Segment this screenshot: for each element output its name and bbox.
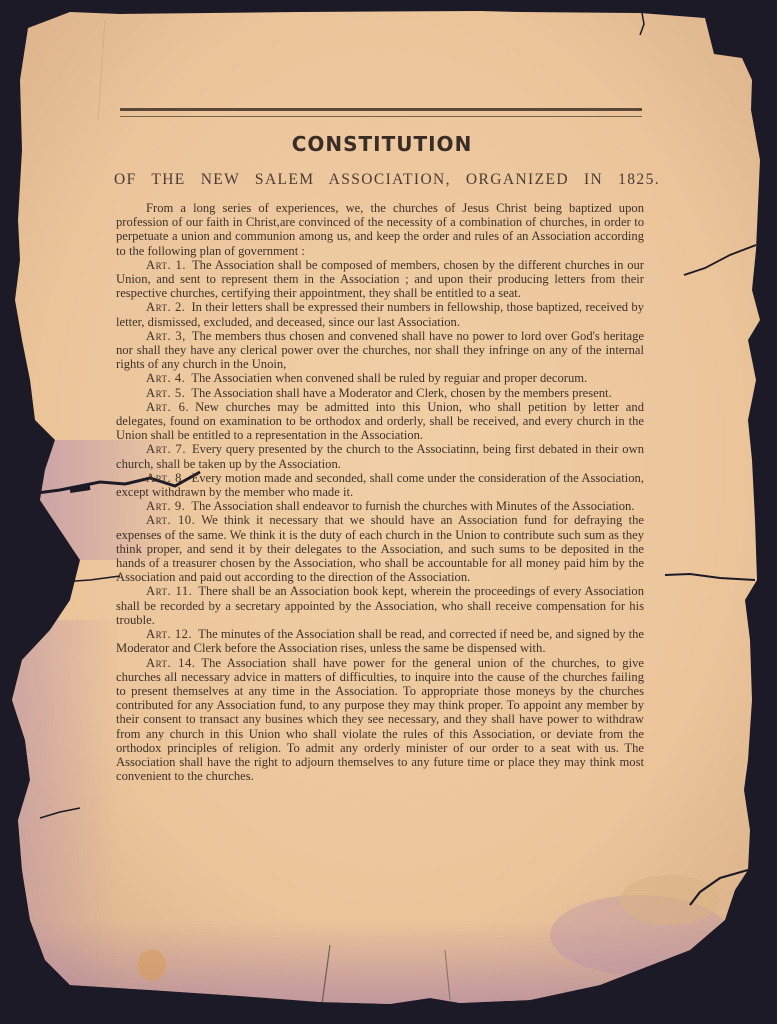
article-4: Art. 4.The Associatien when convened sha… <box>116 371 644 385</box>
article-7: Art. 7.Every query presented by the chur… <box>116 442 644 470</box>
article-text: The Associatien when convened shall be r… <box>191 371 587 385</box>
article-label: Art. 12. <box>146 627 192 641</box>
article-2: Art. 2.In their letters shall be express… <box>116 300 644 328</box>
article-3: Art. 3,The members thus chosen and conve… <box>116 329 644 372</box>
article-label: Art. 10. <box>146 513 195 527</box>
article-text: In their letters shall be expressed thei… <box>116 300 644 328</box>
article-text: The Association shall endeavor to furnis… <box>191 499 634 513</box>
constitution-body: From a long series of experiences, we, t… <box>116 201 644 783</box>
article-12: Art. 12.The minutes of the Association s… <box>116 627 644 655</box>
article-1: Art. 1.The Association shall be composed… <box>116 258 644 301</box>
article-11: Art. 11.There shall be an Association bo… <box>116 584 644 627</box>
article-6: Art. 6.New churches may be admitted into… <box>116 400 644 443</box>
header-rule-thick <box>120 108 642 111</box>
article-label: Art. 5. <box>146 386 185 400</box>
article-text: We think it necessary that we should hav… <box>116 513 644 584</box>
article-text: The Association shall have power for the… <box>116 656 644 784</box>
scanned-document: CONSTITUTION OF THE NEW SALEM ASSOCIATIO… <box>0 0 777 1024</box>
article-label: Art. 8. <box>146 471 186 485</box>
article-label: Art. 2. <box>146 300 185 314</box>
article-text: The members thus chosen and convened sha… <box>116 329 644 371</box>
header-rule-thin <box>120 116 642 117</box>
article-text: The Association shall have a Moderator a… <box>191 386 611 400</box>
document-subtitle: OF THE NEW SALEM ASSOCIATION, ORGANIZED … <box>114 171 660 189</box>
article-10: Art. 10.We think it necessary that we sh… <box>116 513 644 584</box>
article-9: Art. 9.The Association shall endeavor to… <box>116 499 644 513</box>
document-content: CONSTITUTION OF THE NEW SALEM ASSOCIATIO… <box>0 0 777 1024</box>
article-label: Art. 11. <box>146 584 192 598</box>
article-8: Art. 8.Every motion made and seconded, s… <box>116 471 644 499</box>
article-label: Art. 14. <box>146 656 195 670</box>
document-title: CONSTITUTION <box>0 132 764 156</box>
article-14: Art. 14.The Association shall have power… <box>116 656 644 784</box>
article-text: New churches may be admitted into this U… <box>116 400 644 442</box>
preamble-paragraph: From a long series of experiences, we, t… <box>116 201 644 258</box>
article-text: Every query presented by the church to t… <box>116 442 644 470</box>
article-text: The minutes of the Association shall be … <box>116 627 644 655</box>
article-text: The Association shall be composed of mem… <box>116 258 644 300</box>
article-text: Every motion made and seconded, shall co… <box>116 471 644 499</box>
article-label: Art. 3, <box>146 329 186 343</box>
article-label: Art. 9. <box>146 499 185 513</box>
article-label: Art. 6. <box>146 400 189 414</box>
article-label: Art. 7. <box>146 442 186 456</box>
article-label: Art. 1. <box>146 258 186 272</box>
article-5: Art. 5.The Association shall have a Mode… <box>116 386 644 400</box>
article-text: There shall be an Association book kept,… <box>116 584 644 626</box>
article-label: Art. 4. <box>146 371 185 385</box>
